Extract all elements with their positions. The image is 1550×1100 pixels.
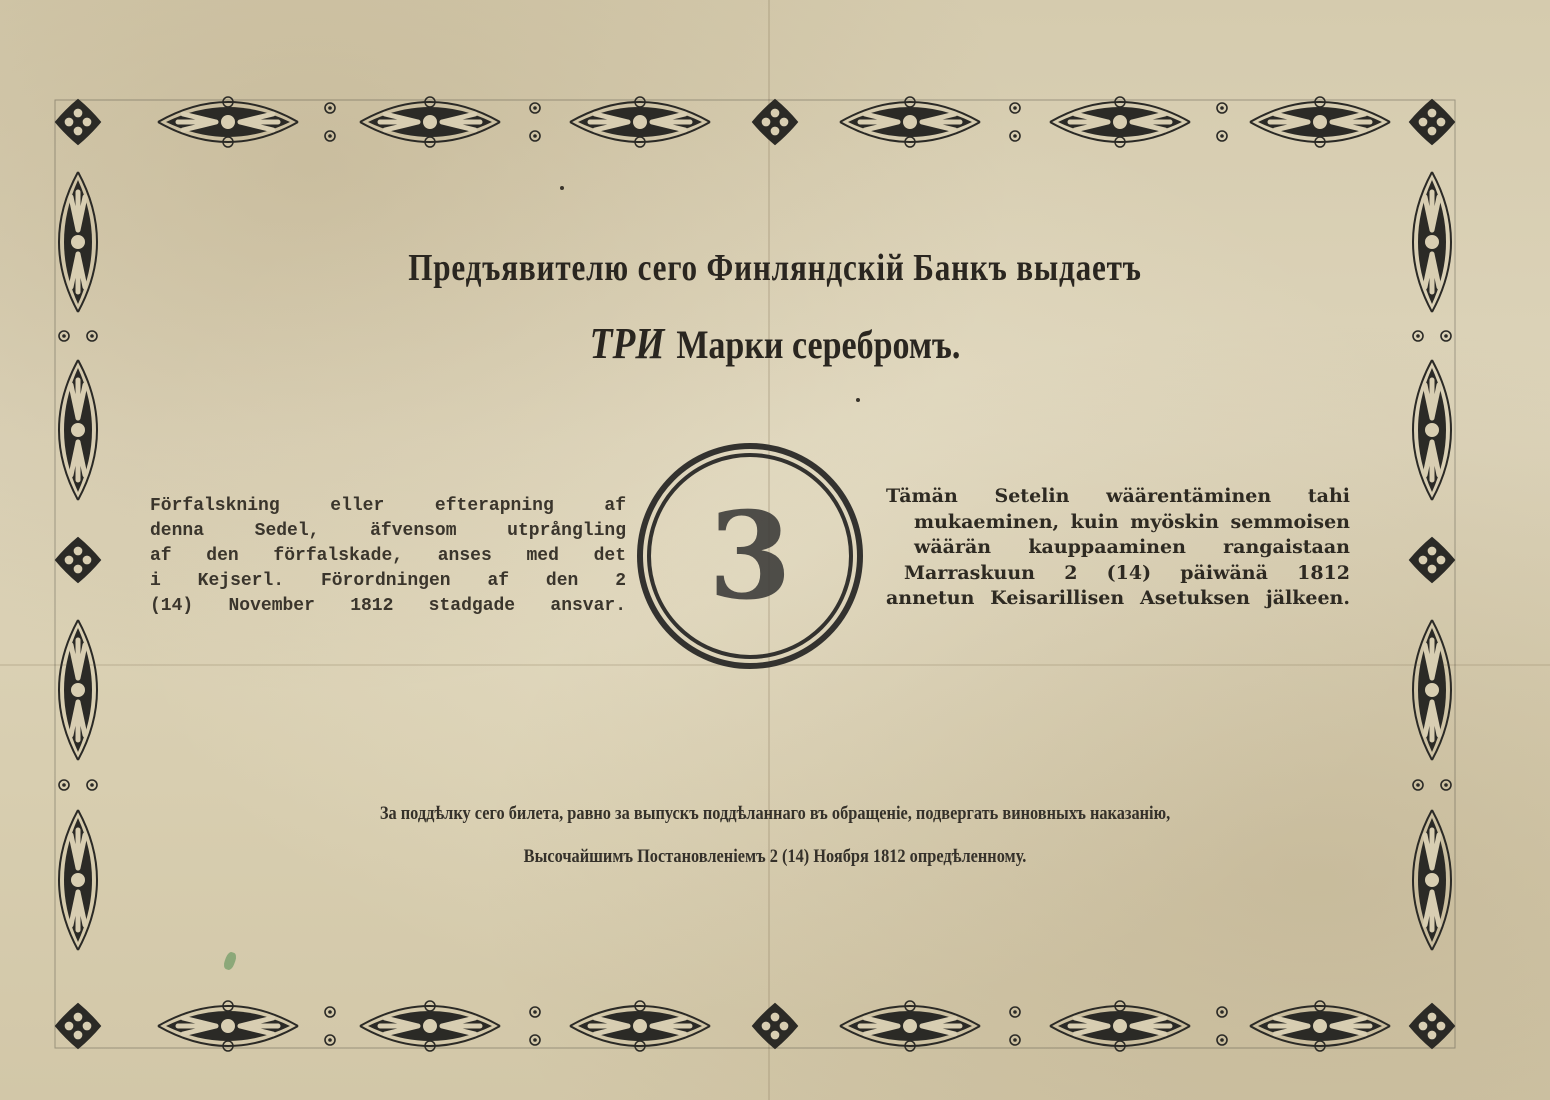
stamp-digit: 3 [634,440,866,672]
paragraph-line: Förfalskning eller efterapning af [150,494,626,519]
denomination-word: ТРИ [590,319,665,368]
paragraph-line: i Kejserl. Förordningen af den 2 [150,569,626,594]
russian-warning-line-1: За поддѣлку сего билета, равно за выпуск… [109,803,1442,825]
swedish-warning-paragraph: Förfalskning eller efterapning af denna … [150,494,626,619]
russian-warning-line-2: Высочайшимъ Постановленіемъ 2 (14) Ноябр… [109,846,1442,868]
paragraph-line: Marraskuun 2 (14) päiwänä 1812 [886,561,1350,587]
paragraph-line: (14) November 1812 stadgade ansvar. [150,594,626,619]
finnish-warning-paragraph: Tämän Setelin wäärentäminen tahi mukaemi… [886,484,1350,612]
denomination-stamp: 3 [634,440,866,672]
paragraph-line: Tämän Setelin wäärentäminen tahi [886,484,1350,510]
paragraph-line: wäärän kauppaaminen rangaistaan [886,535,1350,561]
paragraph-line: af den förfalskade, anses med det [150,544,626,569]
heading-line-1: Предъявителю сего Финляндскій Банкъ выда… [140,246,1411,290]
paragraph-line: annetun Keisarillisen Asetuksen jälkeen. [886,586,1350,612]
heading-line-2: ТРИМарки серебромъ. [116,318,1434,369]
denomination-rest: Марки серебромъ. [676,322,960,367]
quatrefoil-rosette-icon [56,100,100,144]
paragraph-line: mukaeminen, kuin myöskin semmoisen [886,510,1350,536]
paragraph-line: denna Sedel, äfvensom utprångling [150,519,626,544]
